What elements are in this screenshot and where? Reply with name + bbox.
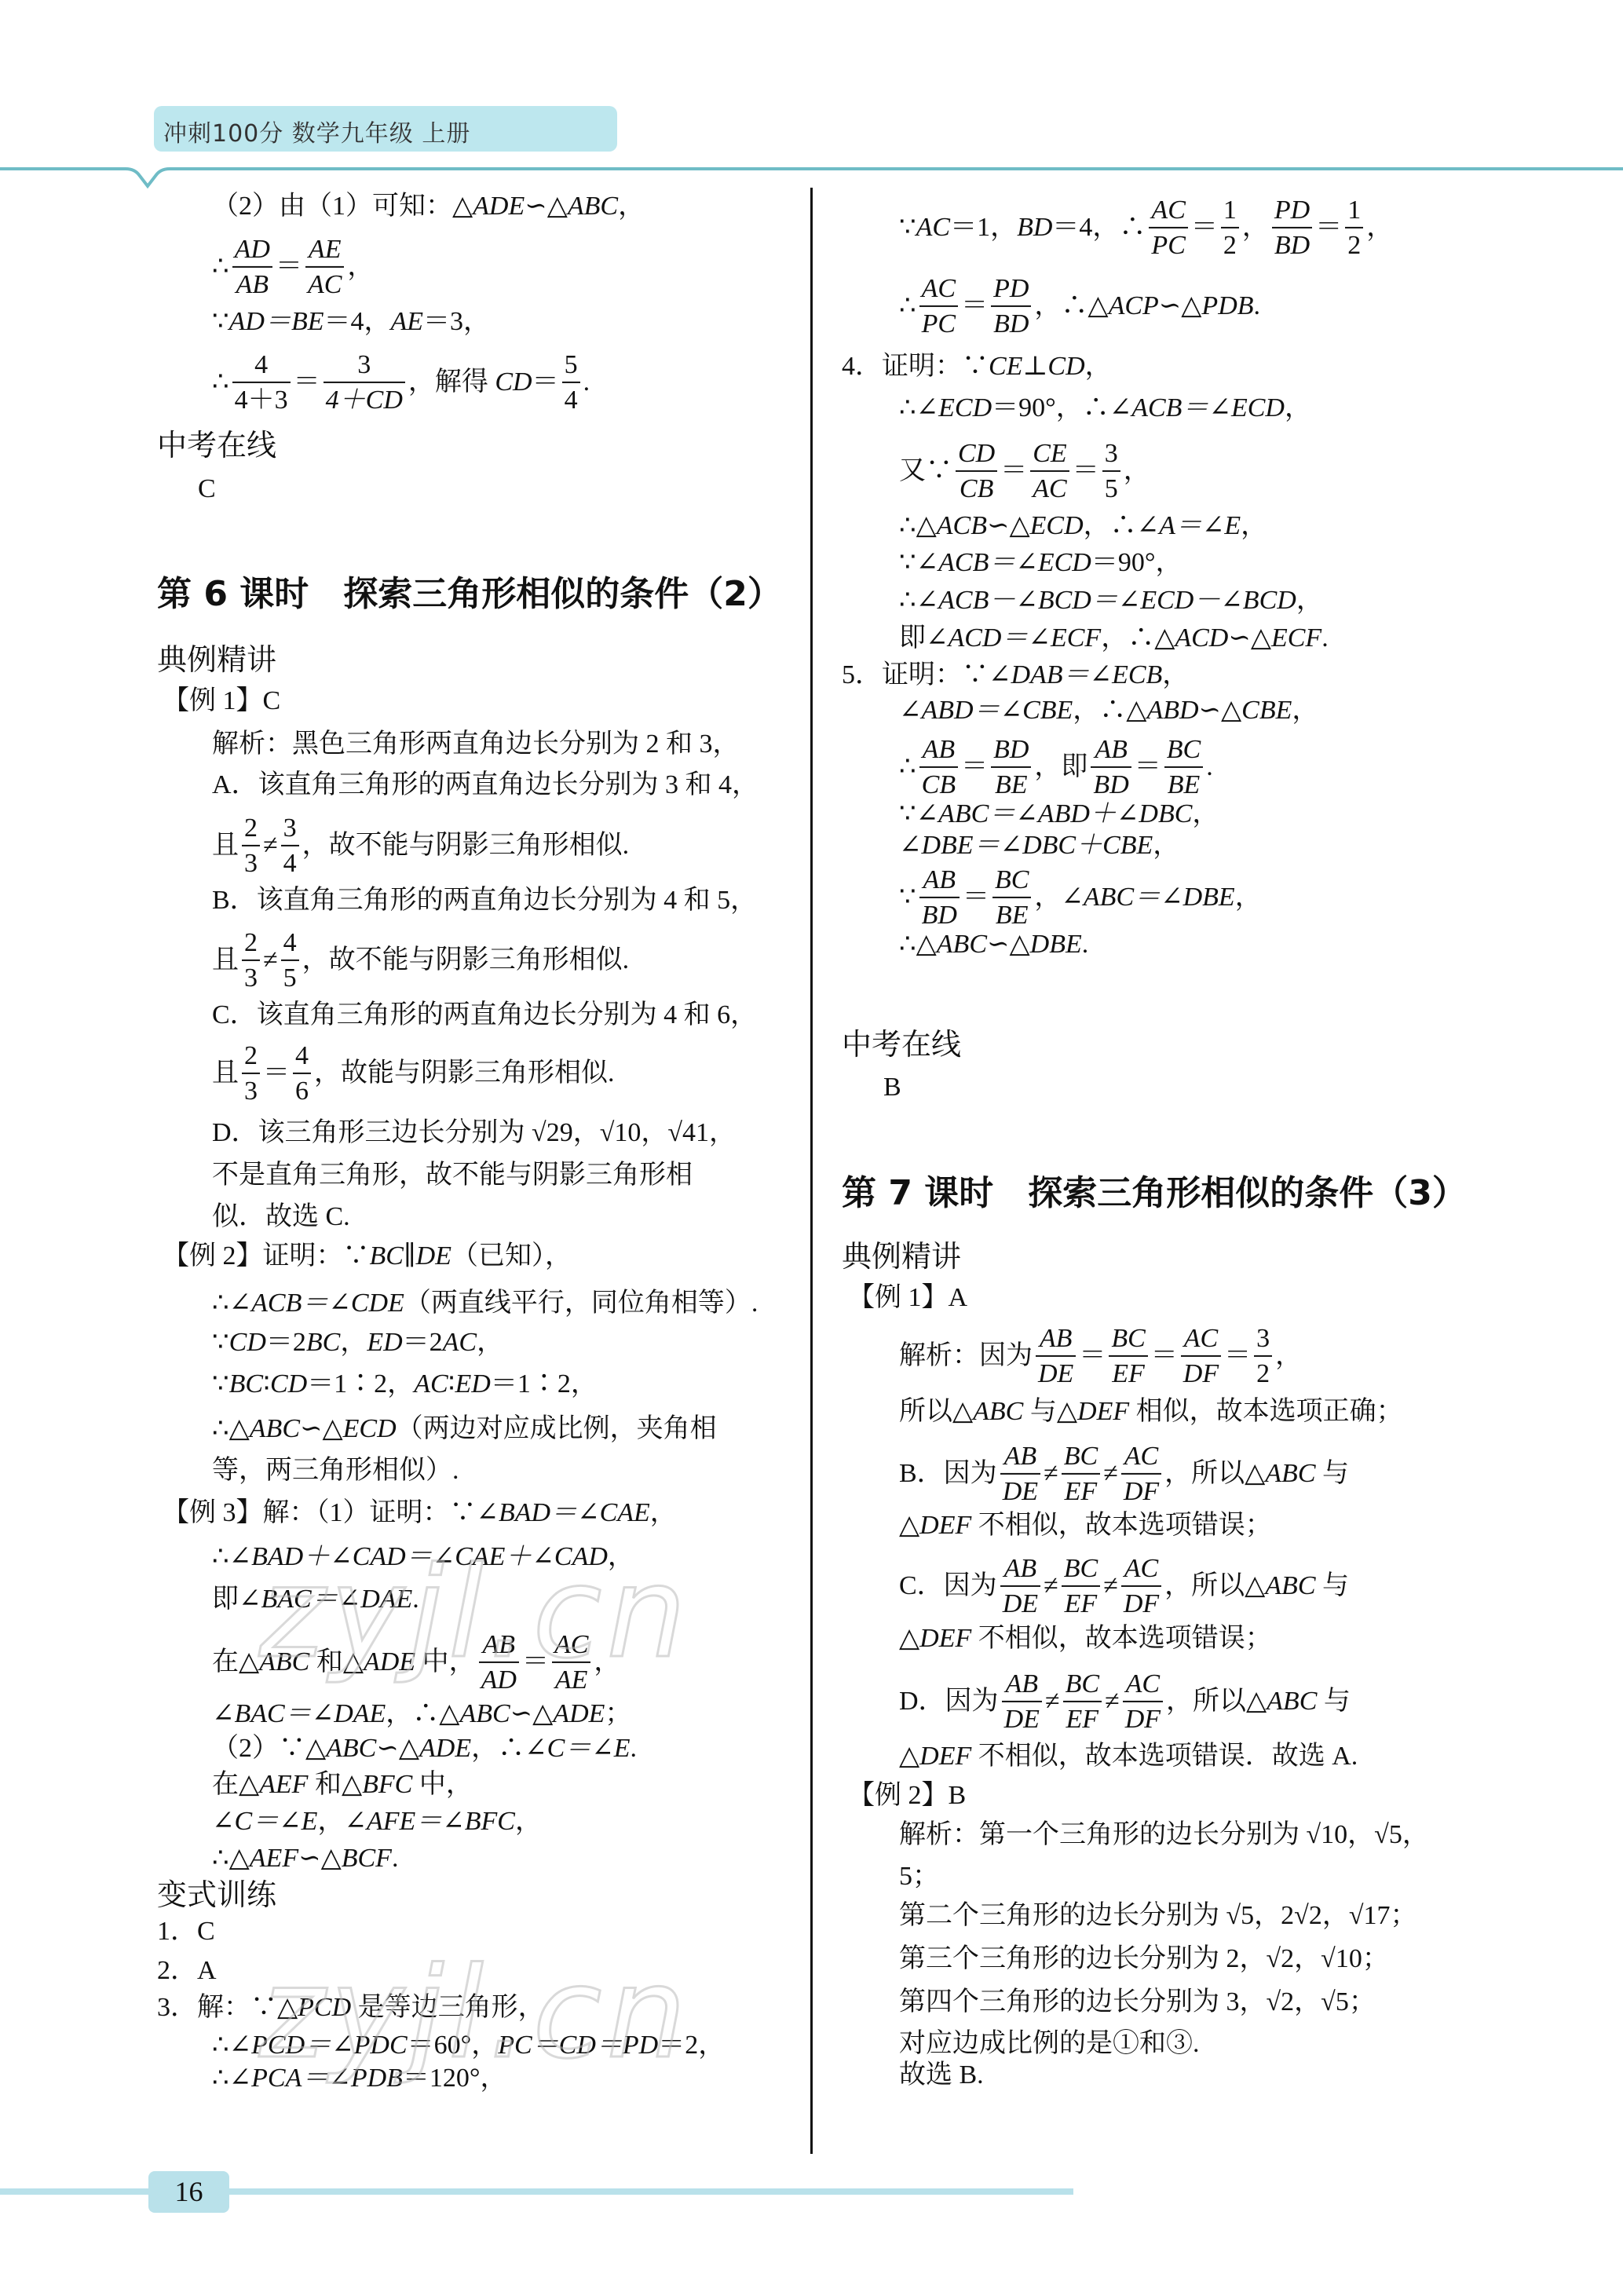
text-segment: ， (608, 1544, 634, 1570)
text-segment: A．该直角三角形的两直角边长分别为 3 和 4， (212, 772, 758, 799)
text-segment: 第 6 课时 探索三角形相似的条件（2） (157, 577, 782, 612)
text-segment: ∵ (899, 884, 916, 911)
text-segment: 是等边三角形， (351, 1994, 545, 2021)
fraction: PDBD (1272, 195, 1312, 261)
text-line: A．该直角三角形的两直角边长分别为 3 和 4， (212, 772, 758, 799)
text-segment: ∴ (212, 2032, 229, 2059)
text-segment: （2）∵ (212, 1735, 305, 1762)
text-segment: ，故不能与阴影三角形相似. (302, 947, 630, 974)
numerator: 2 (242, 927, 260, 958)
text-line: 解析：第一个三角形的边长分别为 √10，√5， (899, 1822, 1429, 1848)
fraction-bar (1181, 1355, 1221, 1357)
text-segment: . (631, 1735, 638, 1762)
text-segment: . (1254, 293, 1261, 320)
math-expression: ∠ABC＝∠DBE (1061, 884, 1234, 911)
page-number: 16 (148, 2171, 229, 2213)
fraction-bar (991, 305, 1031, 307)
text-segment: ≠ (1044, 1461, 1058, 1487)
denominator: 6 (293, 1076, 311, 1106)
subsection-heading: 典例精讲 (842, 1241, 961, 1271)
text-segment: ＝90°， (1091, 550, 1183, 576)
denominator: 2 (1345, 230, 1363, 261)
denominator: BE (1165, 770, 1203, 800)
math-expression: ∠ACB－∠BCD＝∠ECD－∠BCD (916, 587, 1296, 614)
text-segment: 1．C (157, 1918, 215, 1945)
text-line: 【例 3】解：（1）证明：∵∠BAD＝∠CAE， (163, 1500, 677, 1526)
denominator: EF (1062, 1476, 1100, 1507)
fraction-bar (1164, 766, 1203, 768)
section-title: 第 6 课时 探索三角形相似的条件（2） (157, 577, 782, 612)
fraction: 45 (281, 927, 299, 993)
math-expression: △ACP∽△PDB (1087, 293, 1253, 320)
text-line: （2）∵△ABC∽△ADE，∴∠C＝∠E. (212, 1735, 637, 1762)
numerator: BC (1062, 1553, 1100, 1584)
fraction-bar (562, 382, 580, 383)
numerator: AB (1003, 1669, 1040, 1699)
text-segment: 与 (1316, 1461, 1350, 1487)
book-title-banner: 冲刺100分 数学九年级 上册 (154, 106, 617, 152)
text-segment: ≠ (263, 832, 278, 859)
text-line: B (883, 1074, 901, 1101)
denominator: DE (1000, 1476, 1040, 1507)
text-segment: 在 (212, 1771, 239, 1798)
math-expression: ∠BAD＋∠CAD＝∠CAE＋∠CAD (229, 1544, 608, 1570)
text-segment: ＝ (961, 293, 988, 320)
math-expression: ED (367, 1329, 402, 1356)
text-segment: ， (650, 1500, 677, 1526)
text-segment: 在 (212, 1649, 239, 1676)
math-expression: BD (1017, 214, 1052, 241)
text-segment: 变式训练 (157, 1880, 276, 1910)
fraction: PDBD (991, 273, 1031, 339)
text-segment: ∴ (212, 254, 229, 280)
numerator: 1 (1221, 195, 1239, 225)
fraction-bar (1121, 1473, 1161, 1475)
numerator: BC (1109, 1323, 1147, 1354)
text-segment: 解析：因为 (899, 1343, 1033, 1369)
text-segment: ∴ (899, 754, 916, 781)
fraction: 34＋CD (324, 349, 405, 415)
text-line: 不是直角三角形，故不能与阴影三角形相 (212, 1162, 693, 1189)
math-expression: △ACB∽△ECD (916, 513, 1084, 539)
numerator: PD (991, 273, 1031, 304)
text-segment: ， (477, 1329, 503, 1356)
text-segment: . (1321, 625, 1329, 652)
fraction: ACDF (1121, 1441, 1161, 1507)
text-segment: ＝ (532, 369, 559, 396)
text-segment: 第二个三角形的边长分别为 √5，2√2，√17； (899, 1903, 1416, 1929)
text-segment: 解析：第一个三角形的边长分别为 √10，√5， (899, 1822, 1429, 1848)
text-line: 且23≠45，故不能与阴影三角形相似. (212, 927, 629, 993)
text-segment: . (1082, 931, 1089, 958)
numerator: CD (956, 438, 997, 469)
text-line: B．因为ABDE≠BCEF≠ACDF，所以△ABC 与 (899, 1441, 1349, 1507)
fraction: ABCB (919, 734, 958, 800)
math-expression: △ABC∽△ECD (229, 1416, 397, 1442)
text-segment: ＝3， (423, 309, 490, 335)
text-line: 故选 B. (899, 2062, 984, 2089)
math-expression: ∠ACB＝∠CDE (229, 1290, 404, 1317)
text-segment: 故选 B. (899, 2062, 984, 2089)
text-segment: ∴ (212, 2065, 229, 2092)
section-title: 第 7 课时 探索三角形相似的条件（3） (842, 1176, 1467, 1211)
numerator: AC (1124, 1669, 1162, 1699)
text-line: 4．证明：∵CE⊥CD， (842, 353, 1112, 380)
numerator: BC (1164, 734, 1203, 765)
numerator: 4 (293, 1040, 311, 1071)
numerator: BC (1062, 1441, 1100, 1472)
text-segment: ， (1241, 513, 1267, 539)
denominator: BE (993, 900, 1031, 930)
text-segment: ， (1275, 1343, 1302, 1369)
fraction-bar (281, 845, 299, 846)
text-segment: ，∴ (1084, 513, 1137, 539)
text-segment: 等，两三角形相似）. (212, 1457, 459, 1484)
text-segment: ，故不能与阴影三角形相似. (302, 832, 630, 859)
fraction: 35 (1102, 438, 1120, 504)
text-segment: ， (1235, 884, 1262, 911)
fraction: ACDF (1181, 1323, 1221, 1389)
text-line: 似．故选 C. (212, 1204, 350, 1230)
text-line: ∴△AEF∽△BCF. (212, 1845, 398, 1872)
denominator: DF (1121, 1476, 1161, 1507)
denominator: 3 (242, 848, 260, 879)
fraction: ABAD (479, 1629, 519, 1695)
text-segment: ＝ (963, 884, 989, 911)
math-expression: △ABC (239, 1649, 309, 1676)
math-expression: △DEF (1057, 1398, 1129, 1425)
math-expression: △ABC (1246, 1688, 1317, 1715)
text-line: 即∠ACD＝∠ECF，∴△ACD∽△ECF. (899, 625, 1329, 652)
numerator: PD (1272, 195, 1312, 225)
numerator: AD (232, 234, 272, 265)
denominator: CB (957, 473, 996, 504)
math-expression: △ADE (343, 1649, 415, 1676)
denominator: 5 (1102, 473, 1120, 504)
text-segment: ，∴ (1034, 293, 1087, 320)
text-segment: ∵ (212, 1329, 229, 1356)
fraction: AEAC (305, 234, 344, 300)
numerator: AC (552, 1629, 590, 1660)
text-line: ∵AD＝BE＝4，AE＝3， (212, 309, 490, 335)
text-segment: 第四个三角形的边长分别为 3，√2，√5； (899, 1989, 1376, 2016)
fraction: 23 (242, 927, 260, 993)
text-segment: 第 7 课时 探索三角形相似的条件（3） (842, 1176, 1467, 1211)
fraction-bar (956, 470, 997, 472)
math-expression: AC (916, 214, 950, 241)
text-line: 5．证明：∵∠DAB＝∠ECB， (842, 662, 1189, 689)
text-segment: 典例精讲 (842, 1241, 961, 1271)
fraction-bar (1272, 227, 1312, 229)
text-segment: （已知）， (451, 1243, 572, 1270)
text-segment: C．该直角三角形的两直角边长分别为 4 和 6， (212, 1002, 757, 1029)
math-expression: ∠DAB＝∠ECB (989, 662, 1162, 689)
numerator: 4 (252, 349, 270, 380)
numerator: AB (1002, 1441, 1040, 1472)
math-expression: △AEF (239, 1771, 308, 1798)
text-segment: 典例精讲 (157, 645, 276, 675)
math-expression: ∠A＝∠E (1137, 513, 1241, 539)
text-segment: D．因为 (899, 1688, 999, 1715)
denominator: DF (1181, 1358, 1221, 1389)
text-segment: ＝2 (403, 1329, 443, 1356)
fraction: CEAC (1030, 438, 1069, 504)
denominator: 4＋CD (324, 385, 405, 415)
text-segment: C (198, 476, 216, 503)
fraction: 23 (242, 1040, 260, 1106)
text-segment: . (1206, 754, 1213, 781)
text-segment: 【例 3】解：（1）证明：∵ (163, 1500, 477, 1526)
text-line: ∴ACPC＝PDBD，∴△ACP∽△PDB. (899, 273, 1260, 339)
fraction-bar (1036, 1355, 1076, 1357)
math-expression: △ABC∽△ADE (439, 1701, 605, 1727)
math-expression: AC (443, 1329, 477, 1356)
denominator: PC (1149, 230, 1187, 261)
denominator: 4 (562, 385, 580, 415)
numerator: AC (919, 273, 958, 304)
denominator: BD (1272, 230, 1312, 261)
text-segment: ， (1296, 587, 1323, 614)
fraction-bar (1091, 766, 1131, 768)
fraction-bar (305, 266, 344, 268)
text-segment: 且 (212, 947, 239, 974)
text-segment: ，解得 (408, 369, 495, 396)
text-segment: ， (1285, 395, 1311, 422)
text-segment: ， (618, 193, 645, 220)
fraction-bar (1030, 470, 1069, 472)
math-expression: ∠C＝∠E (525, 1735, 630, 1762)
text-segment: ∴ (212, 1845, 229, 1872)
text-line: 【例 2】B (848, 1782, 966, 1809)
math-expression: ∠ABC＝∠ABD＋∠DBC (916, 801, 1193, 828)
fraction-bar (919, 897, 960, 898)
denominator: EF (1064, 1704, 1102, 1735)
fraction: 44＋3 (232, 349, 291, 415)
text-segment: 即 (212, 1586, 239, 1613)
text-segment: ＝ (1073, 458, 1099, 484)
math-expression: △BFC (342, 1771, 412, 1798)
denominator: 5 (281, 963, 299, 993)
math-expression: ∠BAC＝∠DAE (212, 1701, 386, 1727)
numerator: AB (920, 734, 958, 765)
fraction-bar (1002, 1701, 1042, 1702)
text-segment: ， (347, 254, 374, 280)
text-line: C (198, 476, 216, 503)
fraction: ABDE (1036, 1323, 1076, 1389)
subsection-heading: 中考在线 (157, 430, 276, 460)
text-segment: 中考在线 (157, 430, 276, 460)
text-line: ∵∠ACB＝∠ECD＝90°， (899, 550, 1182, 576)
text-segment: ＝1， (950, 214, 1017, 241)
math-expression: ∠AFE＝∠BFC (344, 1808, 515, 1835)
math-expression: AD＝BE (229, 309, 324, 335)
numerator: AC (1122, 1441, 1161, 1472)
denominator: BE (992, 770, 1030, 800)
math-expression: △ABC (1245, 1461, 1315, 1487)
fraction-bar (1123, 1701, 1163, 1702)
denominator: BD (991, 309, 1031, 339)
text-segment: ＝ (1079, 1343, 1106, 1369)
text-line: △DEF 不相似，故本选项错误．故选 A. (899, 1743, 1358, 1770)
text-segment: 5．证明：∵ (842, 662, 989, 689)
text-segment: ＝90°，∴ (992, 395, 1109, 422)
text-line: ∵AC＝1，BD＝4，∴ACPC＝12，PDBD＝12， (899, 195, 1393, 261)
text-line: 解析：因为ABDE＝BCEF＝ACDF＝32， (899, 1323, 1302, 1389)
text-segment: B (883, 1074, 901, 1101)
text-segment: ∴ (899, 587, 916, 614)
numerator: 1 (1345, 195, 1363, 225)
fraction: 46 (293, 1040, 311, 1106)
text-segment: ∵ (899, 801, 916, 828)
text-segment: ∴ (212, 1416, 229, 1442)
math-expression: △DEF (899, 1512, 971, 1539)
text-segment: ，即 (1034, 754, 1087, 781)
numerator: 5 (562, 349, 580, 380)
text-segment: （2）由（1）可知： (212, 193, 452, 220)
fraction-bar (552, 1662, 590, 1663)
math-expression: ∠PCA＝∠PDB (229, 2065, 403, 2092)
text-segment: ≠ (263, 947, 278, 974)
fraction-bar (992, 897, 1031, 898)
math-expression: ∠ECD (916, 395, 992, 422)
fraction: ABDE (1000, 1553, 1040, 1619)
text-segment: ∴ (212, 1544, 229, 1570)
text-segment: 且 (212, 832, 239, 859)
text-segment: 不相似，故本选项错误； (971, 1625, 1272, 1652)
text-line: 第三个三角形的边长分别为 2，√2，√10； (899, 1946, 1389, 1972)
fraction-bar (479, 1662, 519, 1663)
fraction-bar (1254, 1355, 1272, 1357)
numerator: AC (1182, 1323, 1220, 1354)
column-divider (810, 188, 813, 2154)
text-segment: 与 (1317, 1688, 1351, 1715)
text-segment: ， (515, 1808, 542, 1835)
subsection-heading: 典例精讲 (157, 645, 276, 675)
text-line: △DEF 不相似，故本选项错误； (899, 1625, 1272, 1652)
text-segment: ∶ (448, 1371, 455, 1398)
text-segment: ＝ (276, 254, 302, 280)
text-segment: ＝1∶2， (491, 1371, 598, 1398)
text-segment: ∵ (899, 214, 916, 241)
text-segment: 中， (412, 1771, 473, 1798)
denominator: 2 (1254, 1358, 1272, 1389)
text-segment: ， (1292, 697, 1318, 724)
text-segment: ＝ (1135, 754, 1161, 781)
text-segment: 解析：黑色三角形两直角边长分别为 2 和 3， (212, 731, 740, 758)
fraction-bar (1102, 470, 1120, 472)
text-line: ∴ABCB＝BDBE，即ABBD＝BCBE. (899, 734, 1213, 800)
text-segment: ≠ (1105, 1688, 1120, 1715)
math-expression: ∠PCD＝∠PDC (229, 2032, 408, 2059)
fraction: 32 (1254, 1323, 1272, 1389)
text-line: B．该直角三角形的两直角边长分别为 4 和 5， (212, 887, 757, 914)
text-line: 且23＝46，故能与阴影三角形相似. (212, 1040, 615, 1106)
text-line: 【例 1】A (848, 1285, 967, 1311)
text-line: （2）由（1）可知：△ADE∽△ABC， (212, 193, 645, 220)
fraction-bar (1000, 1585, 1040, 1587)
text-line: ∠ABD＝∠CBE，∴△ABD∽△CBE， (899, 697, 1318, 724)
text-segment: 所以 (899, 1398, 952, 1425)
fraction: ABDE (1002, 1669, 1042, 1735)
math-expression: PC＝CD＝PD (498, 2032, 658, 2059)
denominator: 3 (242, 963, 260, 993)
denominator: DE (1002, 1704, 1042, 1735)
text-segment: D．该三角形三边长分别为 √29，√10，√41， (212, 1120, 736, 1146)
text-segment: ∵ (212, 309, 229, 335)
text-segment: 不相似，故本选项错误．故选 A. (971, 1743, 1358, 1770)
denominator: PC (919, 309, 958, 339)
denominator: AC (1030, 473, 1069, 504)
text-line: △DEF 不相似，故本选项错误； (899, 1512, 1272, 1539)
text-line: D．该三角形三边长分别为 √29，√10，√41， (212, 1120, 736, 1146)
denominator: EF (1062, 1589, 1100, 1619)
text-line: 又∵CDCB＝CEAC＝35， (899, 438, 1150, 504)
text-segment: 【例 1】A (848, 1285, 967, 1311)
denominator: 4 (281, 848, 299, 879)
text-segment: 相似，故本选项正确； (1129, 1398, 1403, 1425)
fraction: ABBD (919, 865, 960, 930)
math-expression: △PCD (277, 1994, 351, 2021)
math-expression: △AEF∽△BCF (229, 1845, 392, 1872)
text-line: ∴∠ECD＝90°，∴∠ACB＝∠ECD， (899, 395, 1311, 422)
fraction-bar (324, 382, 405, 383)
text-line: ∵CD＝2BC，ED＝2AC， (212, 1329, 503, 1356)
text-segment: . (412, 1586, 419, 1613)
text-line: ∴△ABC∽△ECD（两边对应成比例，夹角相 (212, 1416, 717, 1442)
text-segment: ， (317, 1808, 344, 1835)
text-segment: ＝ (522, 1649, 549, 1676)
fraction: ABBD (1091, 734, 1131, 800)
denominator: EF (1109, 1358, 1147, 1389)
text-line: C．该直角三角形的两直角边长分别为 4 和 6， (212, 1002, 757, 1029)
denominator: DF (1123, 1704, 1163, 1735)
text-segment: 即 (899, 625, 926, 652)
text-segment: （两直线平行，同位角相等）. (404, 1290, 758, 1317)
math-expression: ∠ACD＝∠ECF (926, 625, 1101, 652)
math-expression: CD (270, 1371, 307, 1398)
fraction-bar (242, 1073, 260, 1074)
text-segment: . (392, 1845, 399, 1872)
text-line: ∵BC∶CD＝1∶2，AC∶ED＝1∶2， (212, 1371, 598, 1398)
numerator: AB (1037, 1323, 1075, 1354)
text-line: ∴∠BAD＋∠CAD＝∠CAE＋∠CAD， (212, 1544, 634, 1570)
text-segment: ， (1153, 832, 1179, 859)
text-line: 在△AEF 和△BFC 中， (212, 1771, 473, 1798)
text-segment: ∴ (899, 395, 916, 422)
fraction-bar (1062, 1585, 1100, 1587)
text-segment: ； (605, 1701, 631, 1727)
math-expression: BC∥DE (370, 1243, 451, 1270)
math-expression: ∠ACB＝∠ECD (1109, 395, 1285, 422)
fraction: BCEF (1063, 1669, 1102, 1735)
text-segment: 中考在线 (842, 1029, 961, 1059)
fraction-bar (919, 766, 958, 768)
fraction: BDBE (991, 734, 1031, 800)
text-line: 在△ABC 和△ADE 中，ABAD＝ACAE， (212, 1629, 620, 1695)
text-segment: 中， (415, 1649, 476, 1676)
fraction-bar (232, 382, 291, 383)
numerator: CE (1030, 438, 1069, 469)
text-segment: 似．故选 C. (212, 1204, 350, 1230)
text-segment: ， (340, 1329, 367, 1356)
fraction: 12 (1345, 195, 1363, 261)
math-expression: △ADE∽△ABC (452, 193, 618, 220)
fraction: BCBE (992, 865, 1031, 930)
text-segment: ＝ (1191, 214, 1218, 241)
fraction: ACDF (1121, 1553, 1161, 1619)
fraction-bar (232, 266, 272, 268)
text-segment: ∴ (899, 931, 916, 958)
